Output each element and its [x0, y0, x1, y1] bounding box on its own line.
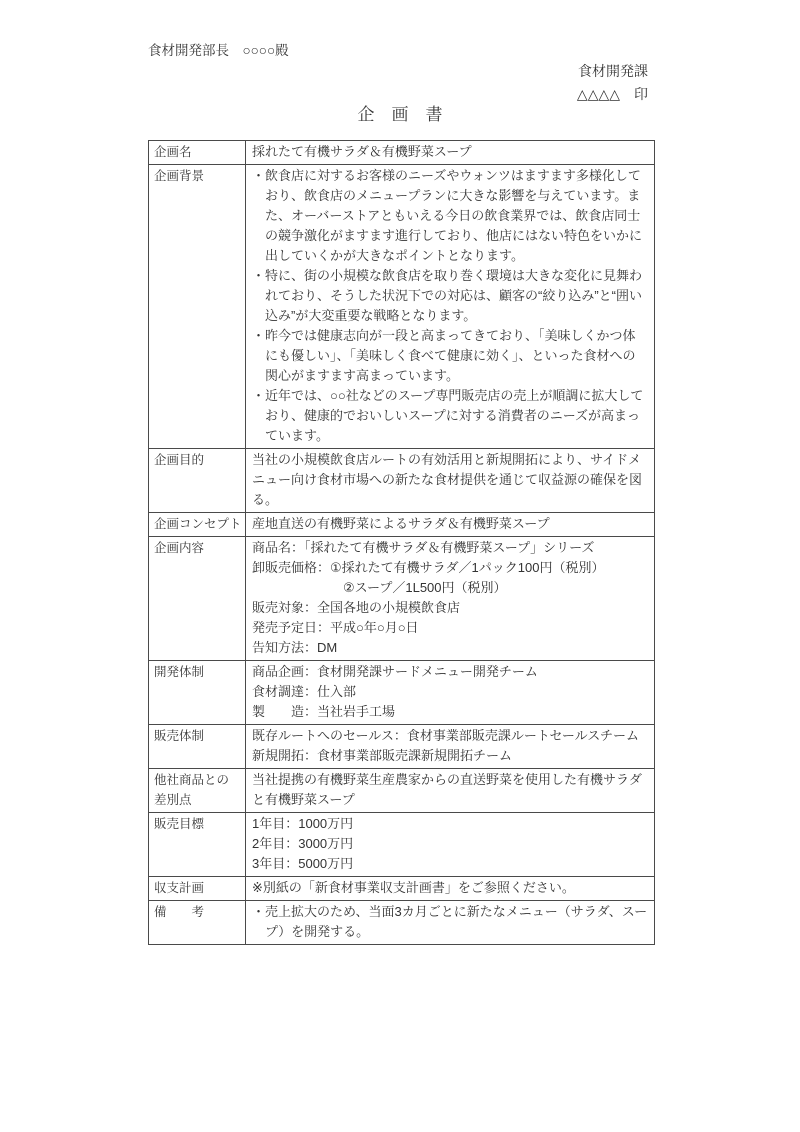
table-row-sales-structure: 販売体制既存ルートへのセールス：食材事業部販売課ルートセールスチーム新規開拓：食…	[149, 725, 655, 769]
row-bullet-background-1: ・特に、街の小規模な飲食店を取り巻く環境は大きな変化に見舞われており、そうした状…	[252, 266, 648, 326]
row-bullet-background-2: ・昨今では健康志向が一段と高まってきており、「美味しくかつ体にも優しい」、「美味…	[252, 326, 648, 386]
row-line-sales-target-0: 1年目：1000万円	[252, 814, 648, 834]
table-row-purpose: 企画目的当社の小規模飲食店ルートの有効活用と新規開拓により、サイドメニュー向け食…	[149, 449, 655, 513]
row-line-details-4: 発売予定日：平成○年○月○日	[252, 618, 648, 638]
row-line-details-1: 卸販売価格：①採れたて有機サラダ／1パック100円（税別）	[252, 558, 648, 578]
row-label-sales-structure: 販売体制	[149, 725, 246, 769]
table-row-development-structure: 開発体制商品企画：食材開発課サードメニュー開発チーム食材調達：仕入部製 造：当社…	[149, 661, 655, 725]
row-label-remarks: 備 考	[149, 901, 246, 945]
row-content-purpose: 当社の小規模飲食店ルートの有効活用と新規開拓により、サイドメニュー向け食材市場へ…	[246, 449, 655, 513]
row-content-background: ・飲食店に対するお客様のニーズやウォンツはますます多様化しており、飲食店のメニュ…	[246, 165, 655, 449]
row-line-development-structure-1: 食材調達：仕入部	[252, 682, 648, 702]
row-text-concept: 産地直送の有機野菜によるサラダ＆有機野菜スープ	[252, 514, 648, 534]
row-line-details-0: 商品名：「採れたて有機サラダ＆有機野菜スープ」シリーズ	[252, 538, 648, 558]
row-content-concept: 産地直送の有機野菜によるサラダ＆有機野菜スープ	[246, 513, 655, 537]
row-line-development-structure-0: 商品企画：食材開発課サードメニュー開発チーム	[252, 662, 648, 682]
row-line-development-structure-2: 製 造：当社岩手工場	[252, 702, 648, 722]
proposal-document: 食材開発部長 ○○○○殿 食材開発課 △△△△ 印 企 画 書 企画名採れたて有…	[0, 0, 800, 1132]
row-line-sales-target-2: 3年目：5000万円	[252, 854, 648, 874]
document-title: 企 画 書	[0, 100, 800, 125]
row-line-details-2: ②スープ／1L500円（税別）	[252, 578, 648, 598]
row-bullet-background-0: ・飲食店に対するお客様のニーズやウォンツはますます多様化しており、飲食店のメニュ…	[252, 166, 648, 266]
row-text-differentiation: 当社提携の有機野菜生産農家からの直送野菜を使用した有機サラダと有機野菜スープ	[252, 770, 648, 810]
row-text-plan-name: 採れたて有機サラダ＆有機野菜スープ	[252, 142, 648, 162]
row-content-sales-target: 1年目：1000万円2年目：3000万円3年目：5000万円	[246, 813, 655, 877]
row-content-budget-plan: ※別紙の「新食材事業収支計画書」をご参照ください。	[246, 877, 655, 901]
row-line-sales-target-1: 2年目：3000万円	[252, 834, 648, 854]
recipient-line: 食材開発部長 ○○○○殿	[148, 39, 289, 59]
row-content-development-structure: 商品企画：食材開発課サードメニュー開発チーム食材調達：仕入部製 造：当社岩手工場	[246, 661, 655, 725]
row-content-remarks: ・売上拡大のため、当面3カ月ごとに新たなメニュー（サラダ、スープ）を開発する。	[246, 901, 655, 945]
sender-department: 食材開発課	[577, 60, 648, 83]
table-row-details: 企画内容商品名：「採れたて有機サラダ＆有機野菜スープ」シリーズ卸販売価格：①採れ…	[149, 537, 655, 661]
row-content-differentiation: 当社提携の有機野菜生産農家からの直送野菜を使用した有機サラダと有機野菜スープ	[246, 769, 655, 813]
row-label-differentiation: 他社商品との 差別点	[149, 769, 246, 813]
row-label-background: 企画背景	[149, 165, 246, 449]
row-bullet-background-3: ・近年では、○○社などのスープ専門販売店の売上が順調に拡大しており、健康的でおい…	[252, 386, 648, 446]
row-label-details: 企画内容	[149, 537, 246, 661]
table-row-sales-target: 販売目標1年目：1000万円2年目：3000万円3年目：5000万円	[149, 813, 655, 877]
proposal-table-body: 企画名採れたて有機サラダ＆有機野菜スープ企画背景・飲食店に対するお客様のニーズや…	[149, 141, 655, 945]
row-label-plan-name: 企画名	[149, 141, 246, 165]
row-label-sales-target: 販売目標	[149, 813, 246, 877]
row-bullet-remarks-0: ・売上拡大のため、当面3カ月ごとに新たなメニュー（サラダ、スープ）を開発する。	[252, 902, 648, 942]
table-row-remarks: 備 考・売上拡大のため、当面3カ月ごとに新たなメニュー（サラダ、スープ）を開発す…	[149, 901, 655, 945]
row-text-budget-plan: ※別紙の「新食材事業収支計画書」をご参照ください。	[252, 878, 648, 898]
table-row-background: 企画背景・飲食店に対するお客様のニーズやウォンツはますます多様化しており、飲食店…	[149, 165, 655, 449]
table-row-plan-name: 企画名採れたて有機サラダ＆有機野菜スープ	[149, 141, 655, 165]
table-row-concept: 企画コンセプト産地直送の有機野菜によるサラダ＆有機野菜スープ	[149, 513, 655, 537]
row-line-sales-structure-1: 新規開拓：食材事業部販売課新規開拓チーム	[252, 746, 648, 766]
row-label-budget-plan: 収支計画	[149, 877, 246, 901]
row-content-details: 商品名：「採れたて有機サラダ＆有機野菜スープ」シリーズ卸販売価格：①採れたて有機…	[246, 537, 655, 661]
row-content-sales-structure: 既存ルートへのセールス：食材事業部販売課ルートセールスチーム新規開拓：食材事業部…	[246, 725, 655, 769]
row-label-concept: 企画コンセプト	[149, 513, 246, 537]
row-text-purpose: 当社の小規模飲食店ルートの有効活用と新規開拓により、サイドメニュー向け食材市場へ…	[252, 450, 648, 510]
row-line-details-3: 販売対象：全国各地の小規模飲食店	[252, 598, 648, 618]
row-line-details-5: 告知方法：DM	[252, 638, 648, 658]
row-line-sales-structure-0: 既存ルートへのセールス：食材事業部販売課ルートセールスチーム	[252, 726, 648, 746]
table-row-differentiation: 他社商品との 差別点当社提携の有機野菜生産農家からの直送野菜を使用した有機サラダ…	[149, 769, 655, 813]
table-row-budget-plan: 収支計画※別紙の「新食材事業収支計画書」をご参照ください。	[149, 877, 655, 901]
row-label-purpose: 企画目的	[149, 449, 246, 513]
proposal-table: 企画名採れたて有機サラダ＆有機野菜スープ企画背景・飲食店に対するお客様のニーズや…	[148, 140, 655, 945]
row-content-plan-name: 採れたて有機サラダ＆有機野菜スープ	[246, 141, 655, 165]
row-label-development-structure: 開発体制	[149, 661, 246, 725]
